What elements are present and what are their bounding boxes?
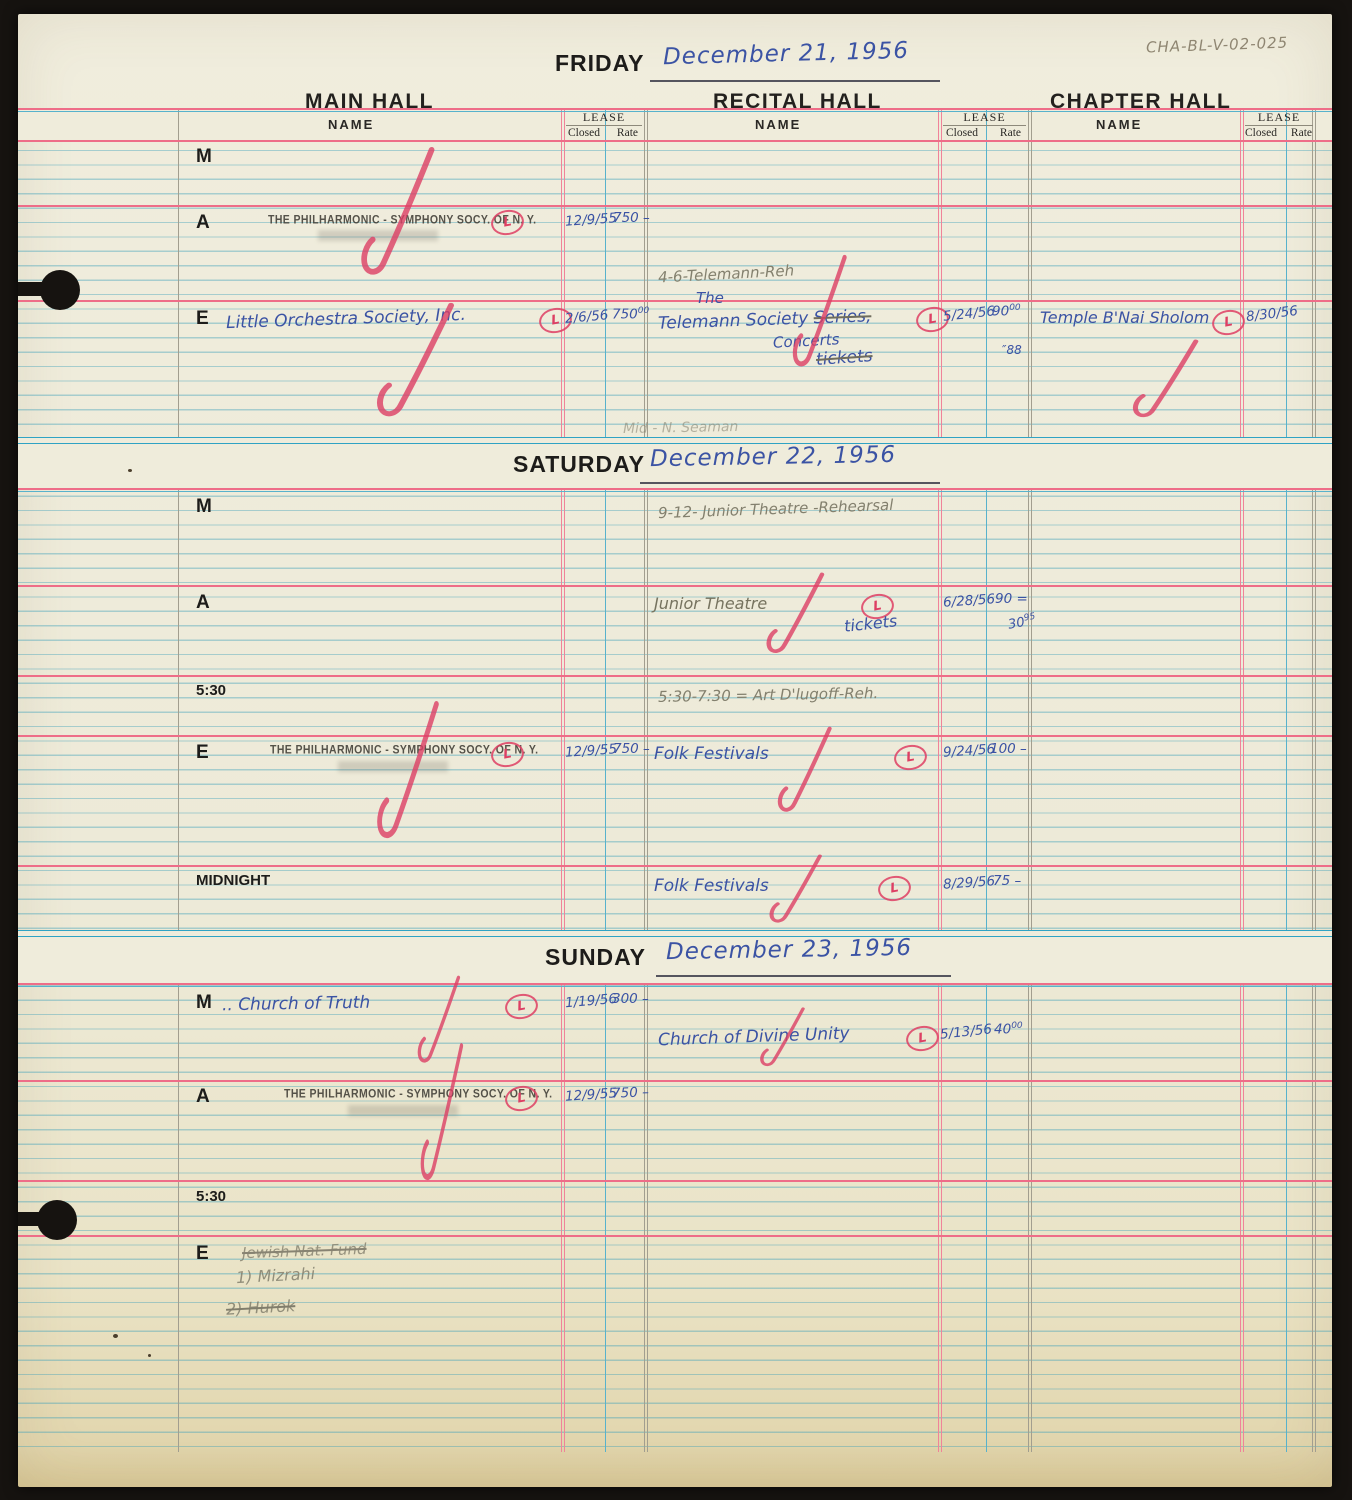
lease-rate-sunday-main-m: 300 – (612, 991, 649, 1007)
catalog-number: CHA-BL-V-02-025 (1146, 34, 1289, 57)
lease-rate-friday-main-e: 75000 (612, 306, 649, 323)
hall-title-main: MAIN HALL (305, 90, 434, 114)
day-label-sunday: SUNDAY (545, 944, 646, 971)
entry-saturday-recital-e: Folk Festivals (654, 744, 769, 764)
chapter-right-edge2 (1315, 108, 1316, 1452)
lease-box-main: LEASE Closed Rate (564, 109, 644, 140)
row-label-e-saturday: E (196, 742, 209, 764)
hall-title-recital: RECITAL HALL (713, 90, 882, 114)
row-label-m-saturday: M (196, 496, 212, 518)
row-label-midnight-saturday: MIDNIGHT (196, 872, 270, 889)
note-saturday-recital-530: 5:30-7:30 = Art D'lugoff-Reh. (658, 684, 878, 706)
lease-closed-label-chapter: Closed (1245, 127, 1277, 139)
lease-box-divider (1245, 125, 1313, 126)
row-label-e-sunday: E (196, 1243, 209, 1265)
row-label-530-sunday: 5:30 (196, 1188, 226, 1205)
lease-rate-friday-recital-e: 9000 (992, 303, 1021, 320)
saturday-table-top-cyan (18, 491, 1332, 492)
lease-rate-sunday-main-a: 750 – (612, 1084, 649, 1101)
friday-section-bottom-line (18, 437, 1332, 444)
date-sunday: December 23, 1956 (666, 935, 912, 965)
entry-saturday-recital-a: Junior Theatre (654, 594, 767, 613)
recital-right-edge (1028, 108, 1029, 1452)
lease-box-divider (566, 125, 642, 126)
note-friday-footer: Mid - N. Seaman (623, 419, 739, 437)
recital-right-edge2 (1031, 108, 1032, 1452)
lease-rate-label-recital: Rate (1000, 127, 1021, 139)
sunday-table-top (18, 983, 1332, 985)
sunday-row-e-line (18, 1235, 1332, 1237)
friday-table-top (18, 140, 1332, 142)
chapter-lease-left-line2 (1243, 108, 1244, 1452)
date-underline-friday (650, 80, 940, 82)
row-label-a-friday: A (196, 212, 210, 234)
lease-rate-sunday-recital-m: 4000 (994, 1021, 1023, 1038)
row-label-530-saturday: 5:30 (196, 682, 226, 699)
punch-notch-bottom (18, 1212, 46, 1226)
lease-box-chapter: LEASE Closed Rate (1243, 109, 1315, 140)
lease-label-chapter: LEASE (1243, 110, 1315, 125)
punch-notch-top (18, 282, 48, 296)
lease-rate-saturday-recital-a: 90 = (995, 591, 1028, 607)
chapter-right-edge (1312, 108, 1313, 1452)
lease-label-main: LEASE (564, 110, 644, 125)
lease-label-recital: LEASE (941, 110, 1028, 125)
lease-rate-saturday-main-e: 750 – (613, 741, 650, 757)
note-sunday-e-3: 2) Hurok (226, 1296, 296, 1319)
friday-row-a-line (18, 205, 1332, 207)
lease-rate-label-main: Rate (617, 127, 638, 139)
sunday-row-a-line (18, 1080, 1332, 1082)
sunday-table-top-cyan (18, 986, 1332, 987)
lease-box-divider (943, 125, 1026, 126)
saturday-row-e-line (18, 735, 1332, 737)
hall-title-chapter: CHAPTER HALL (1050, 90, 1231, 114)
saturday-section-bottom-line (18, 930, 1332, 937)
date-saturday: December 22, 1956 (650, 442, 896, 472)
sunday-row-530-line (18, 1180, 1332, 1182)
saturday-table-top (18, 488, 1332, 490)
entry-friday-chapter-e: Temple B'Nai Sholom (1040, 308, 1209, 327)
row-label-m-sunday: M (196, 992, 212, 1014)
col-header-name-main: NAME (328, 117, 374, 132)
saturday-row-a-line (18, 585, 1332, 587)
day-label-friday: FRIDAY (555, 50, 645, 77)
row-label-m-friday: M (196, 146, 212, 168)
row-label-a-saturday: A (196, 592, 210, 614)
day-label-saturday: SATURDAY (513, 451, 645, 478)
lease-rate-saturday-recital-midnight: 75 – (993, 873, 1021, 889)
lease-rate-extra-friday-recital-e: ″88 (1002, 343, 1022, 357)
date-friday: December 21, 1956 (663, 38, 910, 70)
lease-rate-label-chapter: Rate (1291, 127, 1312, 139)
row-label-e-friday: E (196, 308, 209, 330)
row-label-a-sunday: A (196, 1086, 210, 1108)
entry-sunday-main-m: .. Church of Truth (222, 993, 371, 1016)
col-header-name-recital: NAME (755, 117, 801, 132)
col-header-name-chapter: NAME (1096, 117, 1142, 132)
lease-closed-label-main: Closed (568, 127, 600, 139)
lease-closed-label-recital: Closed (946, 127, 978, 139)
lease-rate-saturday-recital-e: 100 – (990, 741, 1027, 757)
lease-rate-friday-main-a: 750 – (613, 210, 650, 226)
grid-left-edge (178, 108, 179, 1452)
saturday-row-530-line (18, 675, 1332, 677)
saturday-row-midnight-line (18, 865, 1332, 867)
date-underline-sunday (656, 975, 951, 977)
entry-friday-recital-the: The (696, 289, 724, 307)
date-underline-saturday (640, 482, 940, 484)
ledger-page: CHA-BL-V-02-025 FRIDAY December 21, 1956… (18, 14, 1332, 1487)
friday-row-e-line (18, 300, 1332, 302)
entry-saturday-recital-midnight: Folk Festivals (654, 876, 769, 896)
chapter-lease-left-line (1240, 108, 1241, 1452)
lease-box-recital: LEASE Closed Rate (941, 109, 1028, 140)
